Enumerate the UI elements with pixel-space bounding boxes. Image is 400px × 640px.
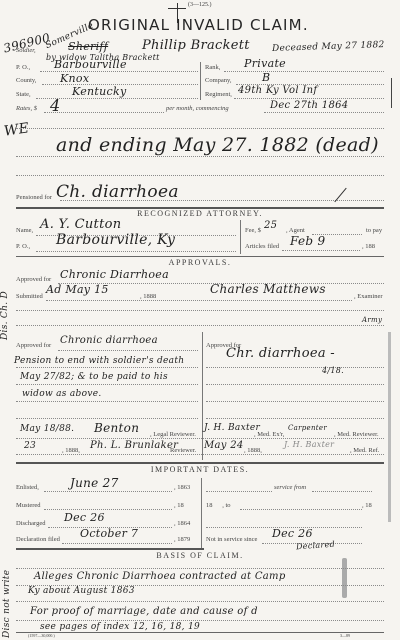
- footer-code: (1597—30,000.): [28, 633, 55, 638]
- commencing-date: Dec 27th 1864: [270, 100, 348, 111]
- discharged-value: Dec 26: [64, 511, 105, 524]
- med-ref-name: J. H. Baxter: [284, 440, 334, 449]
- rule: [16, 632, 384, 633]
- pen-mark: [168, 8, 186, 9]
- attorney-name: A. Y. Cutton: [40, 217, 121, 232]
- enlisted-year: , 1863: [174, 484, 190, 491]
- divider: [201, 478, 202, 548]
- declaration-value: October 7: [80, 527, 138, 540]
- dotline: [16, 367, 198, 368]
- approved-for-label: Approved for: [16, 276, 51, 283]
- not-in-service-label: Not in service since: [206, 536, 257, 543]
- med-reviewer-name: Carpenter: [288, 424, 327, 432]
- form-number: (3—125.): [188, 2, 212, 8]
- agent-label: , Agent: [286, 227, 305, 234]
- med-examiner-name: J. H. Baxter: [204, 423, 260, 433]
- dotline: [62, 543, 172, 544]
- dotline: [240, 509, 362, 510]
- divider: [200, 62, 201, 100]
- po-value: Barbourville: [54, 58, 127, 71]
- right-box-value: Chr. diarrhoea -: [226, 346, 335, 361]
- left-box-value: Chronic diarrhoea: [60, 335, 158, 346]
- med-reviewer-label: , Med. Reviewer.: [334, 431, 379, 438]
- med-ref-label: , Med. Ref.: [350, 447, 379, 454]
- to-pay-label: to pay: [366, 227, 382, 234]
- to-year: , 18: [362, 502, 372, 509]
- declared-note: Declared: [296, 540, 336, 552]
- deceased-note: Deceased May 27 1882: [272, 40, 385, 54]
- dotline: [44, 509, 172, 510]
- dotline: [16, 384, 198, 385]
- left-box-note-1: Pension to end with soldier's death: [14, 356, 184, 366]
- dotline: [16, 418, 198, 419]
- footer-right: 3—89: [340, 633, 350, 638]
- state-label: State,: [16, 91, 31, 98]
- enlisted-value: June 27: [70, 476, 119, 490]
- dotline: [206, 384, 384, 385]
- ending-line: and ending May 27. 1882 (dead): [56, 134, 379, 156]
- declaration-year: , 1879: [174, 536, 190, 543]
- margin-note-lower: Disc not write: [2, 570, 12, 638]
- articles-value: Feb 9: [290, 234, 325, 248]
- basis-line-3: For proof of marriage, date and cause of…: [30, 606, 258, 617]
- fee-label: Fee, $: [245, 227, 261, 234]
- paper-clip-mark: [342, 558, 347, 598]
- dotline: [16, 156, 384, 157]
- dotline: [16, 568, 384, 569]
- rank-value: Private: [244, 57, 286, 70]
- basis-line-1: Alleges Chronic Diarrhoea contracted at …: [34, 571, 286, 582]
- articles-label: Articles filed: [245, 243, 279, 250]
- dotline: [206, 418, 384, 419]
- dotline: [206, 491, 272, 492]
- dotline: [312, 491, 372, 492]
- legal-reviewer-name: Benton: [94, 421, 139, 435]
- basis-section-title: BASIS OF CLAIM.: [0, 551, 400, 560]
- submitted-label: Submitted: [16, 293, 43, 300]
- county-label: County,: [16, 77, 36, 84]
- articles-year: , 188: [362, 243, 375, 250]
- corner-note: Army: [362, 316, 382, 324]
- rule: [16, 256, 384, 257]
- dotline: [16, 401, 198, 402]
- attorney-name-label: Name,: [16, 227, 33, 234]
- company-label: Company,: [205, 77, 231, 84]
- margin-note-upper: Dis. Ch. D: [0, 291, 10, 340]
- dotline: [44, 112, 164, 113]
- dotline: [16, 454, 384, 455]
- soldier-name: Phillip Brackett: [142, 38, 250, 53]
- county-value: Knox: [60, 72, 89, 85]
- divider: [240, 220, 241, 254]
- rank-label: Rank,: [205, 64, 220, 71]
- attorney-po-label: P. O.,: [16, 243, 30, 250]
- divider: [202, 332, 203, 460]
- to-label: 18 , to: [206, 502, 231, 509]
- pensioned-value: Ch. diarrhoea: [56, 182, 179, 202]
- dotline: [16, 438, 384, 439]
- soldier-label: Soldier,: [16, 47, 36, 54]
- reviewer-label: Reviewer.: [170, 447, 196, 454]
- approvals-section-title: APPROVALS.: [0, 258, 400, 267]
- dotline: [16, 175, 384, 176]
- legal-review-date: May 18/88.: [20, 424, 74, 434]
- enlisted-label: Enlisted,: [16, 484, 39, 491]
- left-box-note-3: widow as above.: [22, 389, 102, 399]
- examiner-label: , Examiner: [354, 293, 383, 300]
- page-edge: [388, 332, 391, 522]
- dotline: [282, 250, 360, 251]
- company-value: B: [262, 71, 270, 84]
- mustered-label: Mustered: [16, 502, 41, 509]
- basis-line-4: see pages of index 12, 16, 18, 19: [40, 622, 200, 632]
- rates-label: Rates, $: [16, 105, 37, 112]
- service-from-label: service from: [274, 484, 306, 491]
- med-ref-year: , 1888,: [244, 447, 262, 454]
- attorney-po: Barbourville, Ky: [56, 232, 175, 248]
- dotline: [16, 128, 384, 129]
- review-year: , 1888,: [62, 447, 80, 454]
- submitted-year: , 1888: [140, 293, 156, 300]
- rates-middle-label: per month, commencing: [166, 105, 229, 112]
- left-box-label: Approved for: [16, 342, 51, 349]
- mustered-year: , 18: [174, 502, 184, 509]
- dotline: [44, 491, 172, 492]
- left-box-note-2: May 27/82; & to be paid to his: [20, 372, 168, 382]
- struck-name: Sheriff: [68, 40, 108, 53]
- dotline: [36, 251, 236, 252]
- basis-line-2: Ky about August 1863: [28, 586, 135, 596]
- document-title: ORIGINAL INVALID CLAIM.: [88, 16, 309, 34]
- declaration-label: Declaration filed: [16, 536, 60, 543]
- dotline: [224, 71, 384, 72]
- regiment-label: Regiment,: [205, 91, 232, 98]
- right-box-rate-note: 4/18.: [322, 366, 344, 375]
- pension-document: (3—125.) ORIGINAL INVALID CLAIM. 396900 …: [0, 0, 400, 640]
- discharged-label: Discharged: [16, 520, 45, 527]
- dotline: [234, 98, 384, 99]
- dotline: [58, 350, 198, 351]
- examiner-name: Charles Matthews: [210, 282, 326, 296]
- important-dates-title: IMPORTANT DATES.: [0, 465, 400, 474]
- submitted-value: Ad May 15: [46, 283, 109, 296]
- review-day: 23: [24, 441, 36, 451]
- dotline: [16, 325, 384, 326]
- state-value: Kentucky: [72, 85, 126, 98]
- regiment-value: 49th Ky Vol Inf: [238, 85, 317, 96]
- pensioned-label: Pensioned for: [16, 194, 52, 201]
- med-examiner-label: , Med. Ex'r,: [254, 431, 284, 438]
- dotline: [264, 112, 384, 113]
- pen-mark: [391, 78, 392, 108]
- rule: [16, 548, 204, 550]
- med-ref-date: May 24: [204, 440, 244, 451]
- not-in-service-value: Dec 26: [272, 527, 313, 540]
- dotline: [206, 401, 384, 402]
- rule: [16, 462, 384, 464]
- legal-reviewer-label: , Legal Reviewer.: [150, 431, 196, 438]
- approved-for-value: Chronic Diarrhoea: [60, 268, 169, 281]
- reviewer-name: Ph. L. Brunlaker: [90, 440, 178, 451]
- dotline: [16, 620, 384, 621]
- fee-value: 25: [264, 220, 277, 231]
- dotline: [16, 601, 384, 602]
- dotline: [16, 310, 384, 311]
- dotline: [206, 367, 384, 368]
- po-label: P. O.,: [16, 64, 30, 71]
- dotline: [46, 300, 352, 301]
- discharged-year: , 1864: [174, 520, 190, 527]
- margin-initials: WE: [3, 120, 30, 139]
